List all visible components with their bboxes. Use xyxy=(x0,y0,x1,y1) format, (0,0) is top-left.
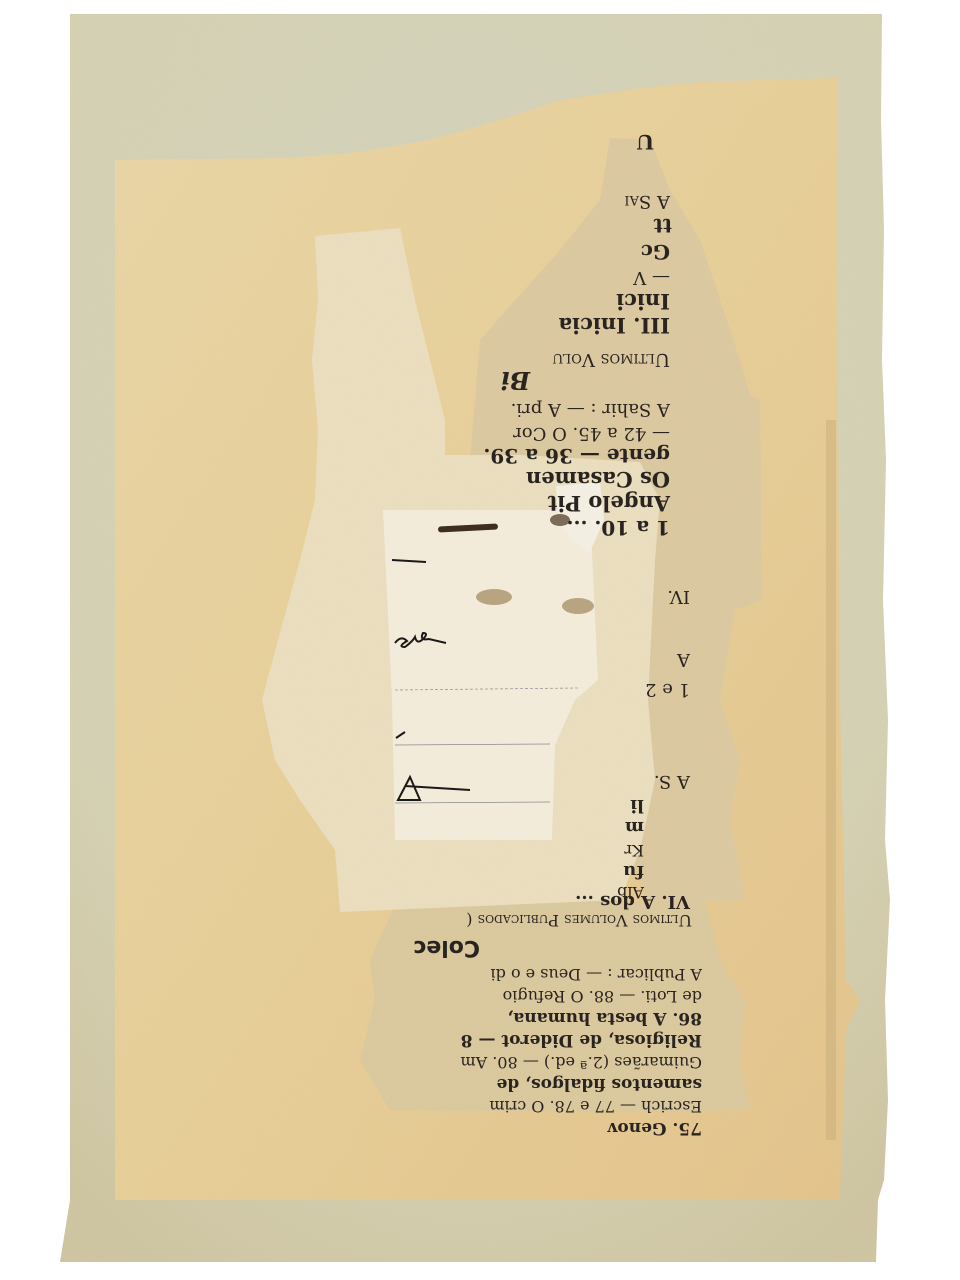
news-line: Escrich — 77 e 78. O crim xyxy=(489,1098,702,1114)
news-line: de Loti. — 88. O Refugio xyxy=(503,988,702,1004)
news-line: 86. A besta humana, xyxy=(507,1009,702,1026)
news-line: samentos fidalgos, de xyxy=(497,1075,703,1092)
news-line: Ultimos Volumes Publicados ( xyxy=(466,912,692,928)
news-line: Religiosa, de Diderot — 8 xyxy=(461,1031,702,1048)
news-line: Guimarães (2.ª ed.) — 80. Am xyxy=(460,1054,702,1070)
news-line: 75. Genov xyxy=(608,1119,702,1136)
lower-newsprint-fragment: Ultimos Volumes Publicados ( Colec A Pub… xyxy=(0,0,960,1280)
news-line: A Publicar : — Deus e o di xyxy=(490,966,702,982)
news-line: Colec xyxy=(413,936,480,958)
